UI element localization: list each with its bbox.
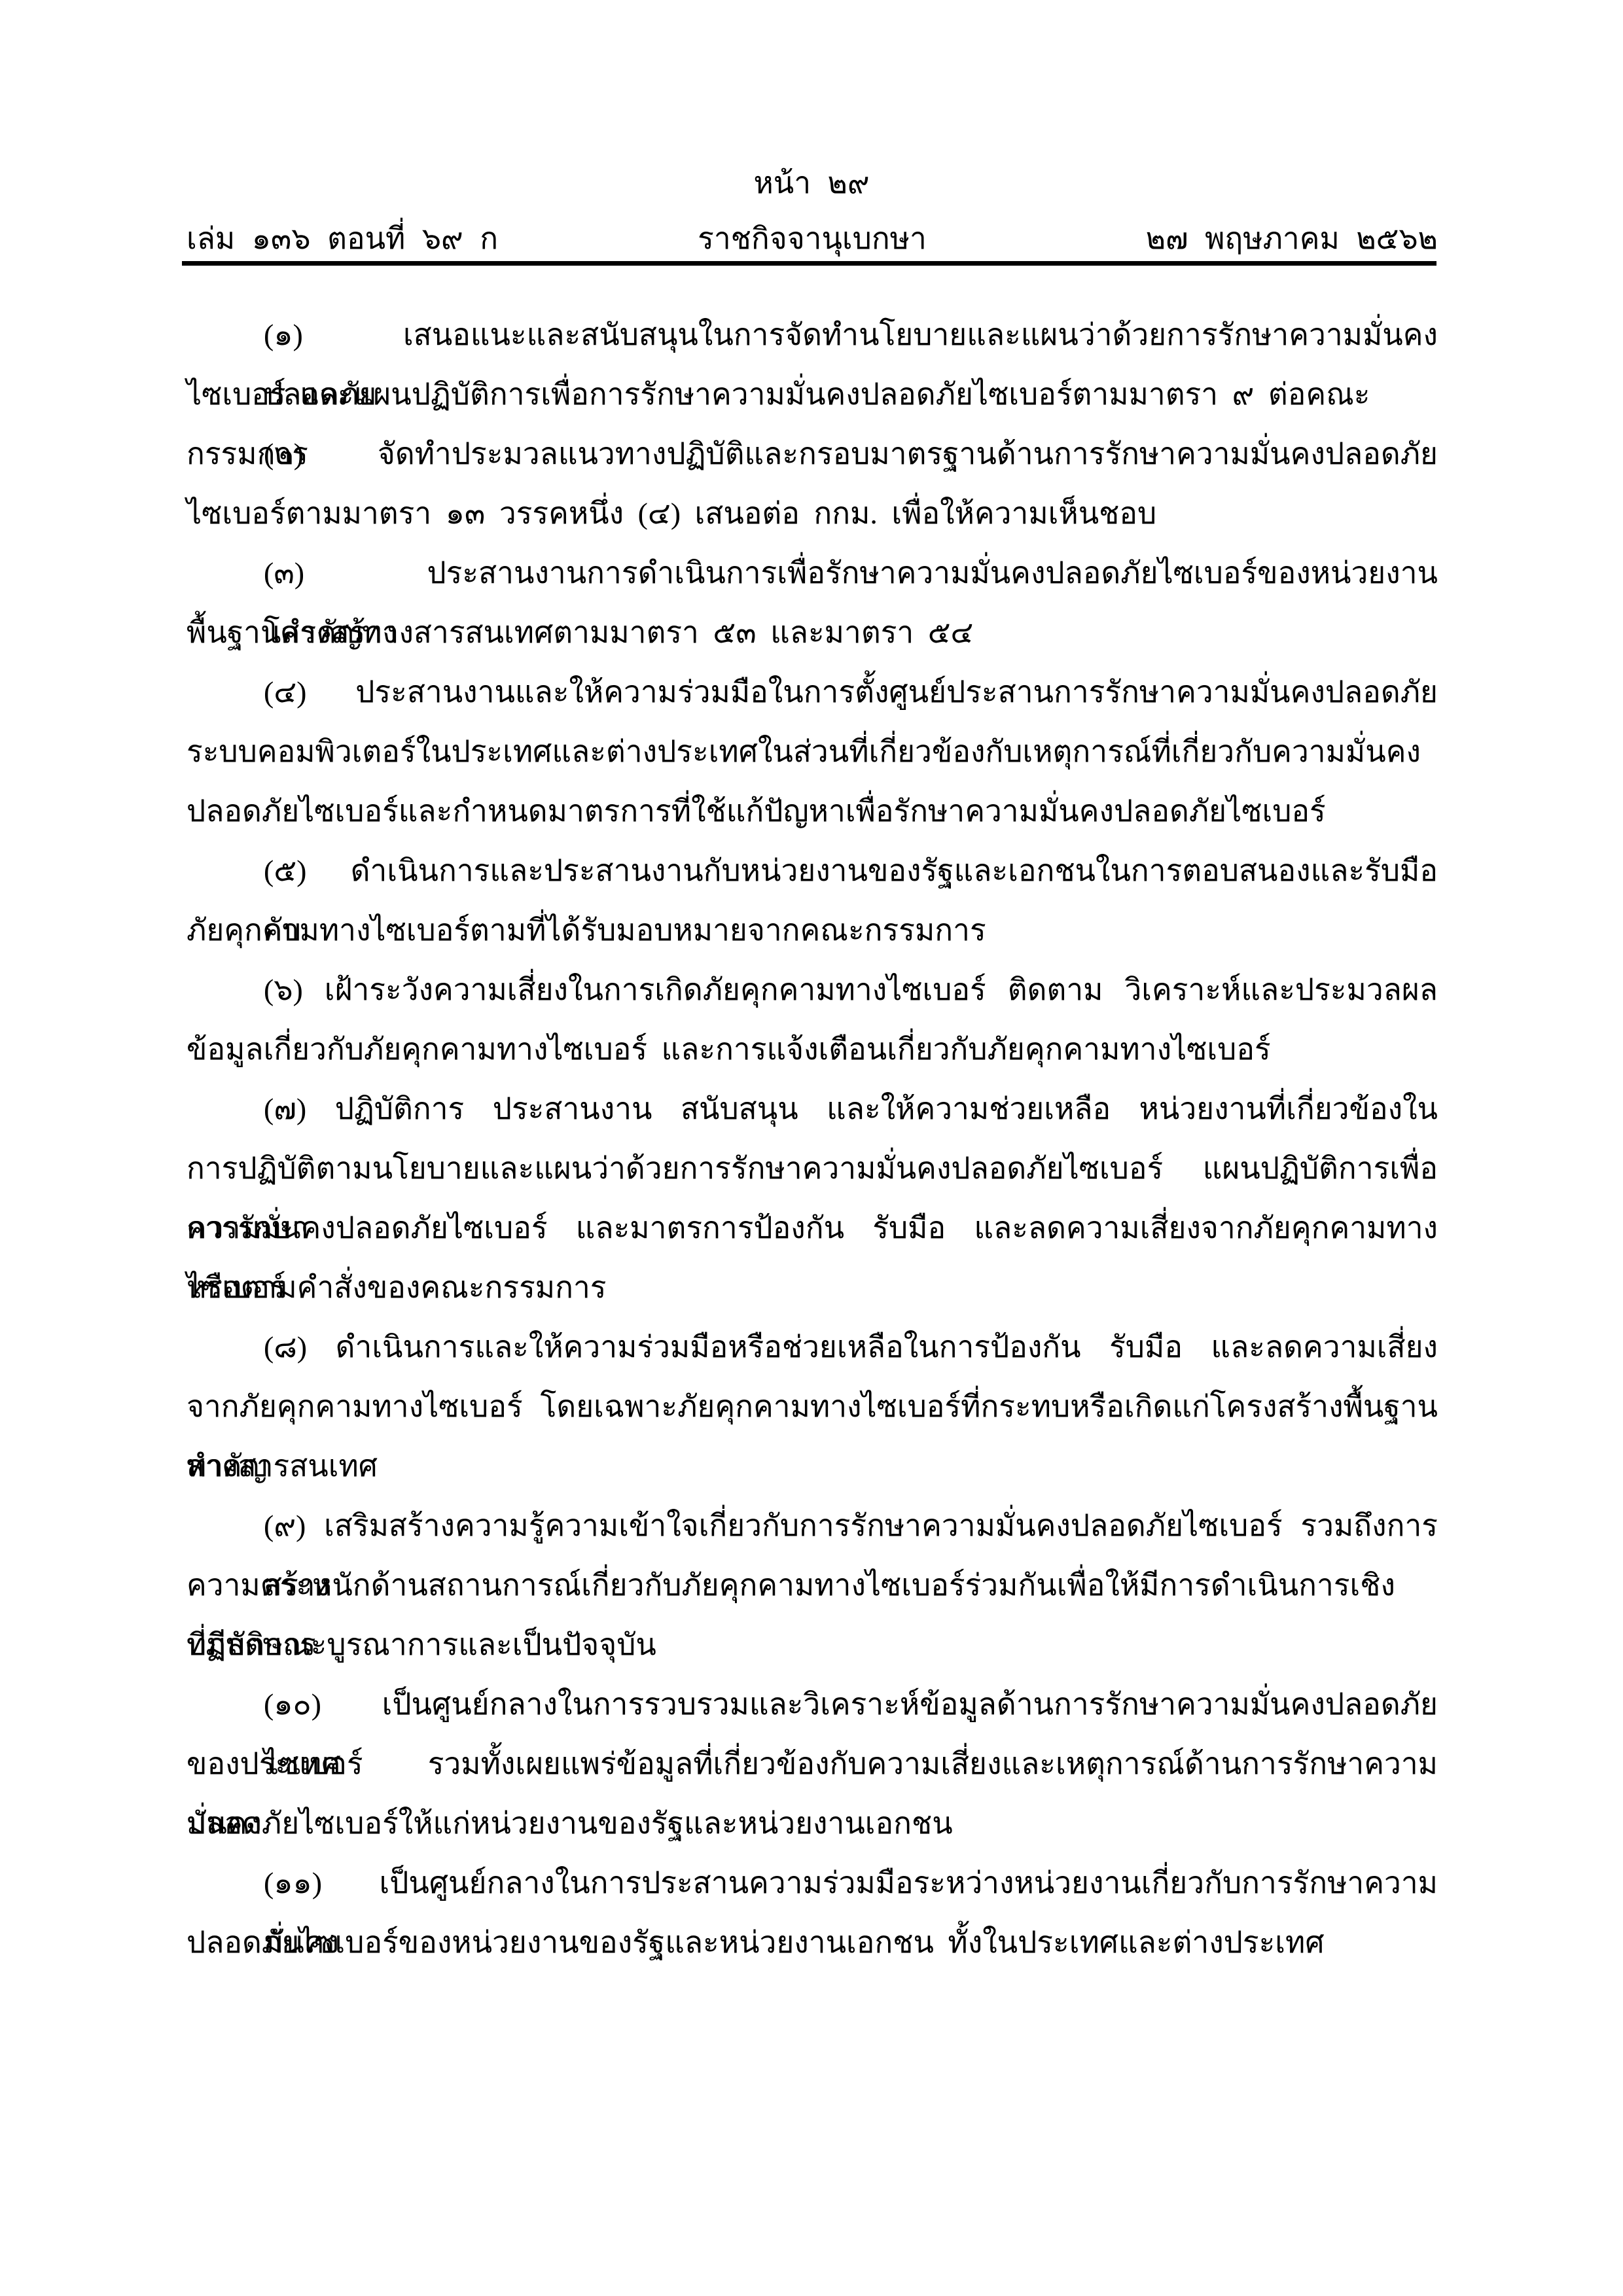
text-line: ปลอดภัยไซเบอร์และกำหนดมาตรการที่ใช้แก้ปั… bbox=[187, 781, 1438, 841]
text-line: ความตระหนักด้านสถานการณ์เกี่ยวกับภัยคุกค… bbox=[187, 1555, 1438, 1615]
text-line: ข้อมูลเกี่ยวกับภัยคุกคามทางไซเบอร์ และกา… bbox=[187, 1019, 1438, 1079]
text-line: การปฏิบัติตามนโยบายและแผนว่าด้วยการรักษา… bbox=[187, 1139, 1438, 1198]
text-line: พื้นฐานสำคัญทางสารสนเทศตามมาตรา ๕๓ และมา… bbox=[187, 603, 1438, 662]
text-line: ของประเทศ รวมทั้งเผยแพร่ข้อมูลที่เกี่ยวข… bbox=[187, 1734, 1438, 1793]
text-line: (๕) ดำเนินการและประสานงานกับหน่วยงานของร… bbox=[187, 841, 1438, 900]
text-line: (๑) เสนอแนะและสนับสนุนในการจัดทำนโยบายแล… bbox=[187, 305, 1438, 364]
text-line: (๖) เฝ้าระวังความเสี่ยงในการเกิดภัยคุกคา… bbox=[187, 960, 1438, 1019]
text-line: จากภัยคุกคามทางไซเบอร์ โดยเฉพาะภัยคุกคาม… bbox=[187, 1377, 1438, 1436]
text-line: ทางสารสนเทศ bbox=[187, 1436, 1438, 1496]
header-rule bbox=[182, 261, 1436, 266]
text-line: ไซเบอร์ และแผนปฏิบัติการเพื่อการรักษาควา… bbox=[187, 364, 1438, 424]
text-line: (๑๐) เป็นศูนย์กลางในการรวบรวมและวิเคราะห… bbox=[187, 1674, 1438, 1734]
text-line: (๘) ดำเนินการและให้ความร่วมมือหรือช่วยเห… bbox=[187, 1317, 1438, 1377]
page-number-label: หน้า ๒๙ bbox=[0, 164, 1623, 203]
text-line: (๗) ปฏิบัติการ ประสานงาน สนับสนุน และให้… bbox=[187, 1079, 1438, 1139]
text-line: หรือตามคำสั่งของคณะกรรมการ bbox=[187, 1258, 1438, 1317]
text-line: ระบบคอมพิวเตอร์ในประเทศและต่างประเทศในส่… bbox=[187, 722, 1438, 781]
text-line: (๒) จัดทำประมวลแนวทางปฏิบัติและกรอบมาตรฐ… bbox=[187, 424, 1438, 484]
text-line: ที่มีลักษณะบูรณาการและเป็นปัจจุบัน bbox=[187, 1615, 1438, 1674]
text-line: ไซเบอร์ตามมาตรา ๑๓ วรรคหนึ่ง (๔) เสนอต่อ… bbox=[187, 484, 1438, 543]
gazette-header: เล่ม ๑๓๖ ตอนที่ ๖๙ ก ราชกิจจานุเบกษา ๒๗ … bbox=[187, 219, 1438, 259]
text-line: ความมั่นคงปลอดภัยไซเบอร์ และมาตรการป้องก… bbox=[187, 1198, 1438, 1258]
document-body: (๑) เสนอแนะและสนับสนุนในการจัดทำนโยบายแล… bbox=[187, 305, 1438, 1972]
publication-date: ๒๗ พฤษภาคม ๒๕๖๒ bbox=[1146, 219, 1438, 259]
text-line: (๔) ประสานงานและให้ความร่วมมือในการตั้งศ… bbox=[187, 662, 1438, 722]
text-line: ปลอดภัยไซเบอร์ให้แก่หน่วยงานของรัฐและหน่… bbox=[187, 1793, 1438, 1853]
text-line: (๑๑) เป็นศูนย์กลางในการประสานความร่วมมือ… bbox=[187, 1853, 1438, 1913]
text-line: ปลอดภัยไซเบอร์ของหน่วยงานของรัฐและหน่วยง… bbox=[187, 1913, 1438, 1972]
text-line: ภัยคุกคามทางไซเบอร์ตามที่ได้รับมอบหมายจา… bbox=[187, 900, 1438, 960]
text-line: (๓) ประสานงานการดำเนินการเพื่อรักษาความม… bbox=[187, 543, 1438, 603]
gazette-page: หน้า ๒๙ เล่ม ๑๓๖ ตอนที่ ๖๙ ก ราชกิจจานุเ… bbox=[0, 0, 1623, 2296]
text-line: (๙) เสริมสร้างความรู้ความเข้าใจเกี่ยวกับ… bbox=[187, 1496, 1438, 1555]
